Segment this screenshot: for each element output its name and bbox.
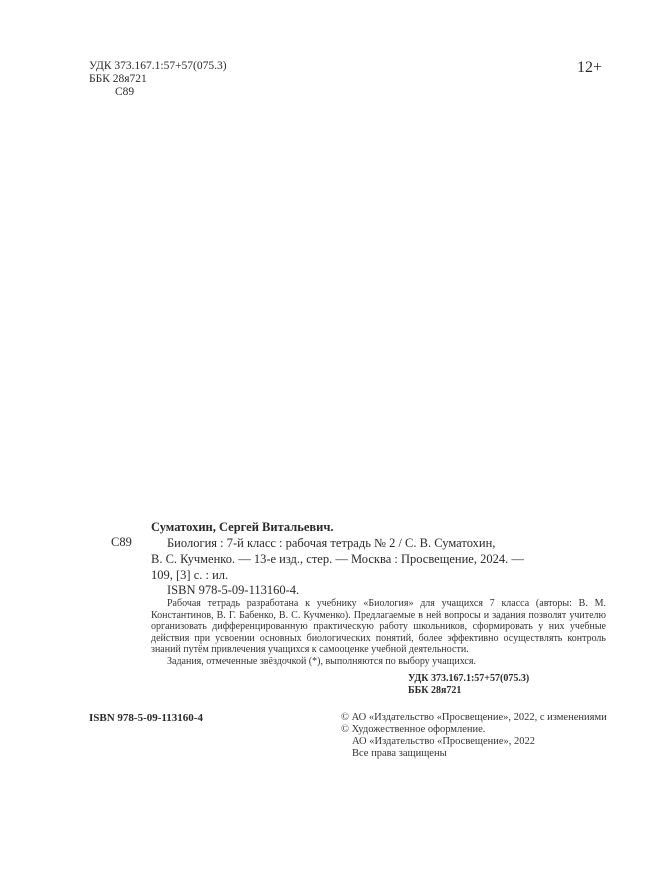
card-author-mark: С89	[111, 535, 132, 550]
copyright-block: © АО «Издательство «Просвещение», 2022, …	[341, 712, 607, 760]
copyright-line: АО «Издательство «Просвещение», 2022	[341, 736, 607, 748]
isbn-footer: ISBN 978-5-09-113160-4	[89, 712, 203, 724]
card-codes: УДК 373.167.1:57+57(075.3) ББК 28я721	[408, 673, 606, 696]
catalog-card: Суматохин, Сергей Витальевич. С89 Биолог…	[111, 520, 606, 696]
author-mark: С89	[89, 86, 227, 99]
age-rating: 12+	[577, 59, 602, 77]
bibliographic-description: Биология : 7-й класс : рабочая тетрадь №…	[151, 535, 606, 583]
bib-line: 109, [3] с. : ил.	[151, 567, 606, 583]
card-udk: УДК 373.167.1:57+57(075.3)	[408, 673, 606, 685]
copyright-line: © Художественное оформление.	[341, 724, 607, 736]
bib-line: В. С. Кучменко. — 13-е изд., стер. — Мос…	[151, 551, 606, 567]
annotation: Рабочая тетрадь разработана к учебнику «…	[151, 598, 606, 667]
classification-codes: УДК 373.167.1:57+57(075.3) ББК 28я721 С8…	[89, 60, 227, 99]
annotation-text: Рабочая тетрадь разработана к учебнику «…	[151, 598, 606, 656]
bib-line: Биология : 7-й класс : рабочая тетрадь №…	[151, 535, 606, 551]
udk-code: УДК 373.167.1:57+57(075.3)	[89, 60, 227, 73]
copyright-line: Все права защищены	[341, 748, 607, 760]
annotation-note: Задания, отмеченные звёздочкой (*), выпо…	[151, 656, 606, 668]
card-bbk: ББК 28я721	[408, 685, 606, 697]
card-author: Суматохин, Сергей Витальевич.	[151, 520, 606, 535]
bbk-code: ББК 28я721	[89, 73, 227, 86]
copyright-line: © АО «Издательство «Просвещение», 2022, …	[341, 712, 607, 724]
card-isbn: ISBN 978-5-09-113160-4.	[167, 583, 606, 598]
